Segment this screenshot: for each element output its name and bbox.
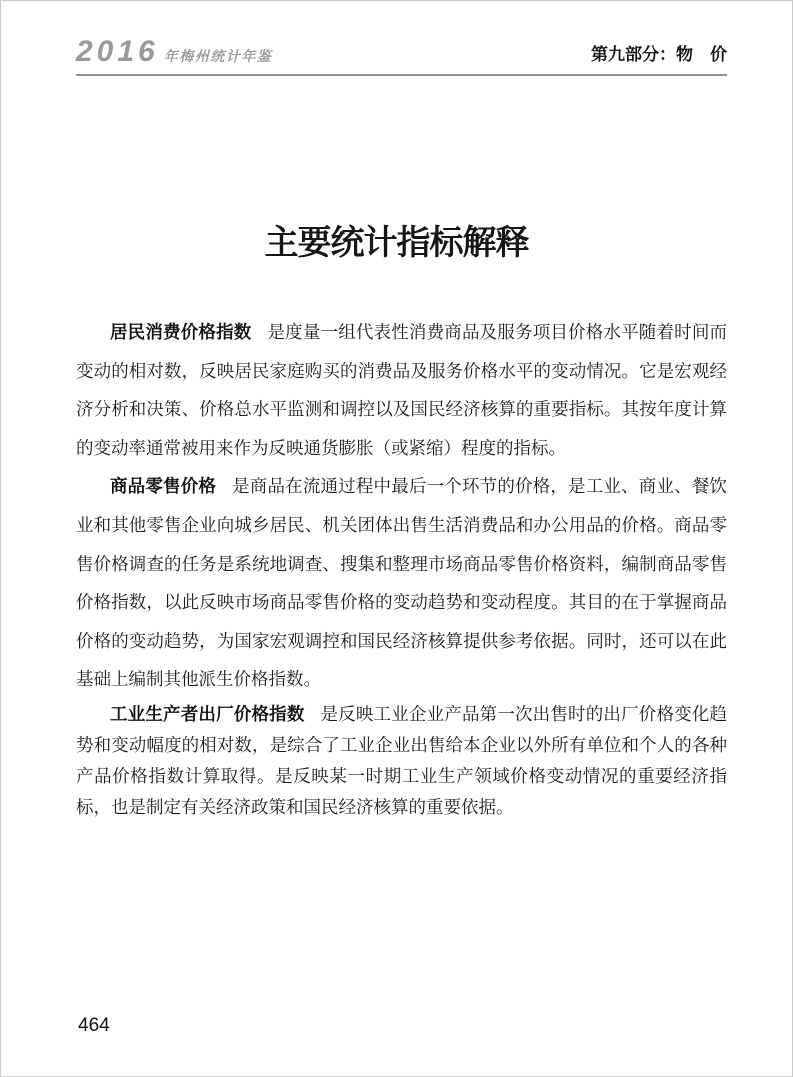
page-title: 主要统计指标解释 — [1, 215, 792, 264]
term-definition: 是商品在流通过程中最后一个环节的价格，是工业、商业、餐饮业和其他零售企业向城乡居… — [76, 476, 727, 689]
term-definition: 是度量一组代表性消费商品及服务项目价格水平随着时间而变动的相对数，反映居民家庭购… — [76, 322, 727, 458]
term-label: 商品零售价格 — [110, 476, 216, 496]
definition-paragraph-ppi: 工业生产者出厂价格指数是反映工业企业产品第一次出售时的出厂价格变化趋势和变动幅度… — [76, 699, 727, 823]
definition-paragraph-cpi: 居民消费价格指数是度量一组代表性消费商品及服务项目价格水平随着时间而变动的相对数… — [76, 313, 727, 467]
logo-title-text: 年梅州统计年鉴 — [164, 48, 273, 64]
term-label: 工业生产者出厂价格指数 — [110, 704, 305, 724]
definitions-section: 居民消费价格指数是度量一组代表性消费商品及服务项目价格水平随着时间而变动的相对数… — [76, 313, 727, 823]
term-label: 居民消费价格指数 — [110, 322, 251, 342]
section-label: 第九部分：物 价 — [591, 40, 727, 67]
header-rule — [76, 74, 727, 76]
logo-year-text: 2016 — [76, 35, 159, 68]
page-header: 2016年梅州统计年鉴 第九部分：物 价 — [76, 37, 727, 67]
page-number: 464 — [78, 1015, 110, 1037]
yearbook-logo: 2016年梅州统计年鉴 — [76, 37, 272, 67]
definition-paragraph-retail-price: 商品零售价格是商品在流通过程中最后一个环节的价格，是工业、商业、餐饮业和其他零售… — [76, 467, 727, 699]
document-page: 2016年梅州统计年鉴 第九部分：物 价 主要统计指标解释 居民消费价格指数是度… — [0, 0, 793, 1077]
